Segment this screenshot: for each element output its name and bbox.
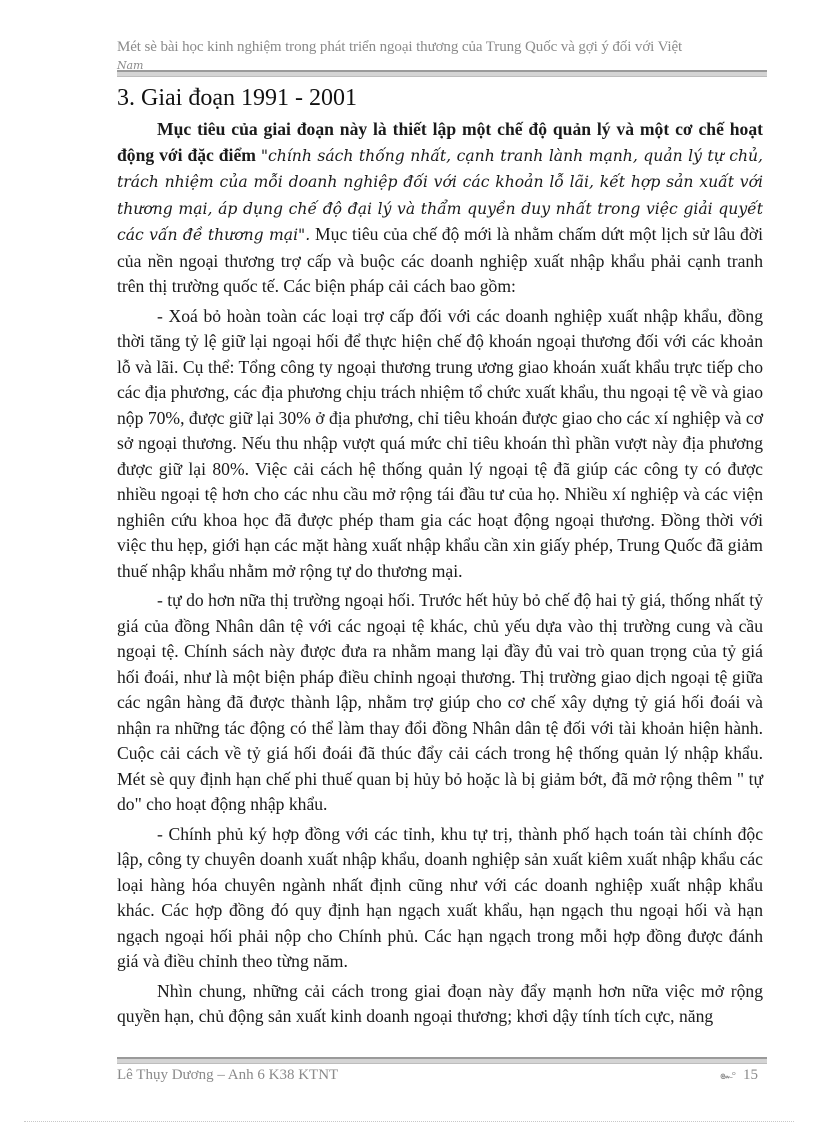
footer-page: ๛° 15	[720, 1066, 758, 1084]
document-page: Mét sè bài học kinh nghiệm trong phát tr…	[0, 0, 816, 1123]
paragraph-forex-market: - tự do hơn nữa thị trường ngoại hối. Tr…	[117, 588, 763, 818]
page-bottom-border	[24, 1121, 794, 1122]
ornament-icon: ๛°	[720, 1066, 735, 1084]
footer-divider	[117, 1057, 767, 1064]
body-text: Mục tiêu của giai đoạn này là thiết lập …	[117, 117, 763, 1034]
paragraph-subsidy-removal: - Xoá bỏ hoàn toàn các loại trợ cấp đối …	[117, 304, 763, 585]
running-title: Mét sè bài học kinh nghiệm trong phát tr…	[117, 39, 682, 55]
paragraph-government-contracts: - Chính phủ ký hợp đồng với các tỉnh, kh…	[117, 822, 763, 975]
section-heading: 3. Giai đoạn 1991 - 2001	[117, 85, 357, 112]
paragraph-summary: Nhìn chung, những cải cách trong giai đo…	[117, 979, 763, 1030]
header-divider	[117, 70, 767, 77]
paragraph-intro: Mục tiêu của giai đoạn này là thiết lập …	[117, 117, 763, 300]
footer-author: Lê Thụy Dương – Anh 6 K38 KTNT	[117, 1067, 338, 1084]
page-number: 15	[743, 1067, 758, 1084]
